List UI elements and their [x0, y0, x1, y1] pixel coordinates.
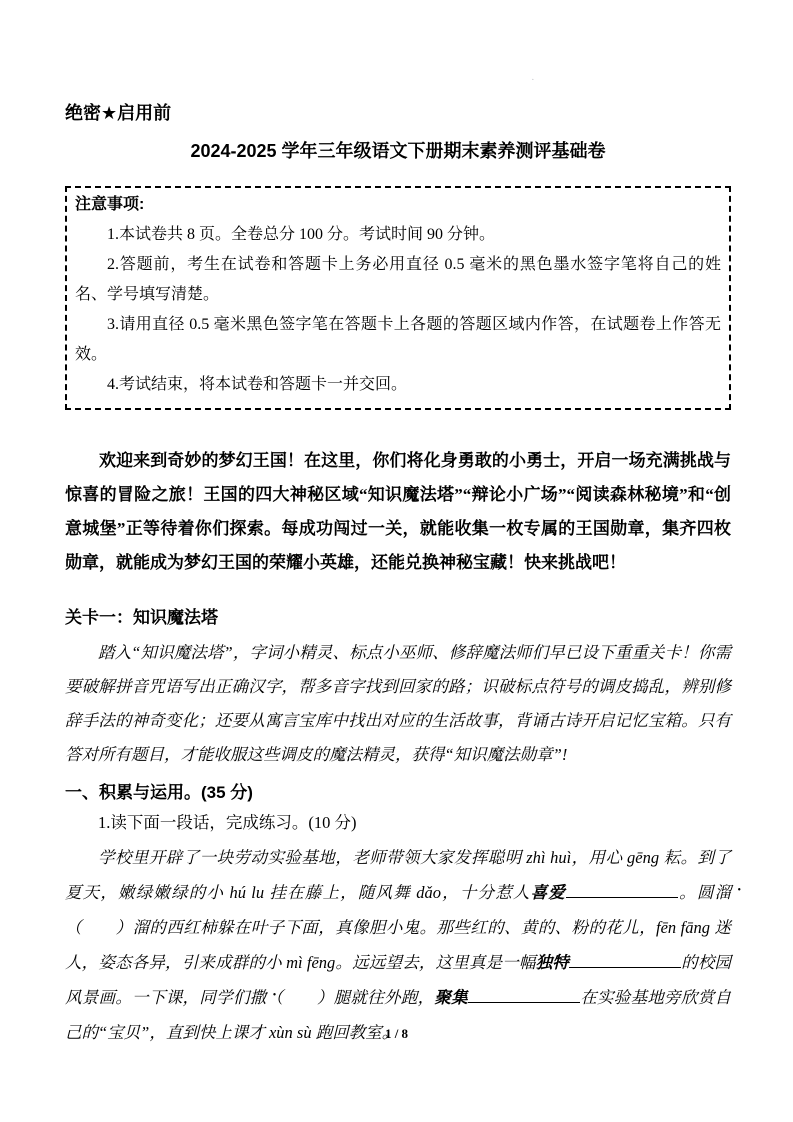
pinyin-paren-blank[interactable]: （ ） [65, 918, 133, 937]
answer-blank[interactable] [569, 951, 681, 968]
bold-keyword: 聚集 [434, 988, 468, 1007]
notice-item-4: 4.考试结束，将本试卷和答题卡一并交回。 [75, 370, 721, 400]
classification-label: 绝密★启用前 [65, 100, 731, 126]
level1-heading: 关卡一：知识魔法塔 [65, 606, 731, 630]
notice-item-2: 2.答题前，考生在试卷和答题卡上务必用直径 0.5 毫米的黑色墨水签字笔将自己的… [75, 250, 721, 310]
part1-heading: 一、积累与运用。(35 分) [65, 780, 731, 806]
emphasized-char: 撒 [250, 988, 267, 1007]
question1-label: 1.读下面一段话，完成练习。(10 分) [65, 808, 731, 838]
intro-paragraph: 欢迎来到奇妙的梦幻王国！在这里，你们将化身勇敢的小勇士，开启一场充满挑战与惊喜的… [65, 444, 731, 580]
emphasized-char: 溜 [715, 883, 732, 902]
answer-blank[interactable] [566, 881, 678, 898]
notice-item-1: 1.本试卷共 8 页。全卷总分 100 分。考试时间 90 分钟。 [75, 220, 721, 250]
passage-text: 腿就往外跑， [334, 988, 435, 1007]
bold-keyword: 独特 [536, 953, 569, 972]
exam-page: · 绝密★启用前 2024-2025 学年三年级语文下册期末素养测评基础卷 注意… [0, 0, 793, 1122]
notice-item-3: 3.请用直径 0.5 毫米黑色签字笔在答题卡上各题的答题区域内作答，在试题卷上作… [75, 310, 721, 370]
stray-mark: · [531, 74, 535, 86]
notice-heading: 注意事项: [75, 190, 721, 220]
page-number: 1 / 8 [0, 1026, 793, 1042]
level1-description: 踏入“知识魔法塔”，字词小精灵、标点小巫师、修辞魔法师们早已设下重重关卡！你需要… [65, 636, 731, 772]
bold-keyword: 喜爱 [531, 883, 566, 902]
notice-box: 注意事项: 1.本试卷共 8 页。全卷总分 100 分。考试时间 90 分钟。 … [65, 186, 731, 410]
exam-title: 2024-2025 学年三年级语文下册期末素养测评基础卷 [65, 138, 731, 164]
pinyin-paren-blank[interactable]: （ ） [266, 988, 333, 1007]
question1-passage: 学校里开辟了一块劳动实验基地，老师带领大家发挥聪明 zhì huì，用心 gēn… [65, 840, 731, 1050]
answer-blank[interactable] [468, 986, 580, 1003]
